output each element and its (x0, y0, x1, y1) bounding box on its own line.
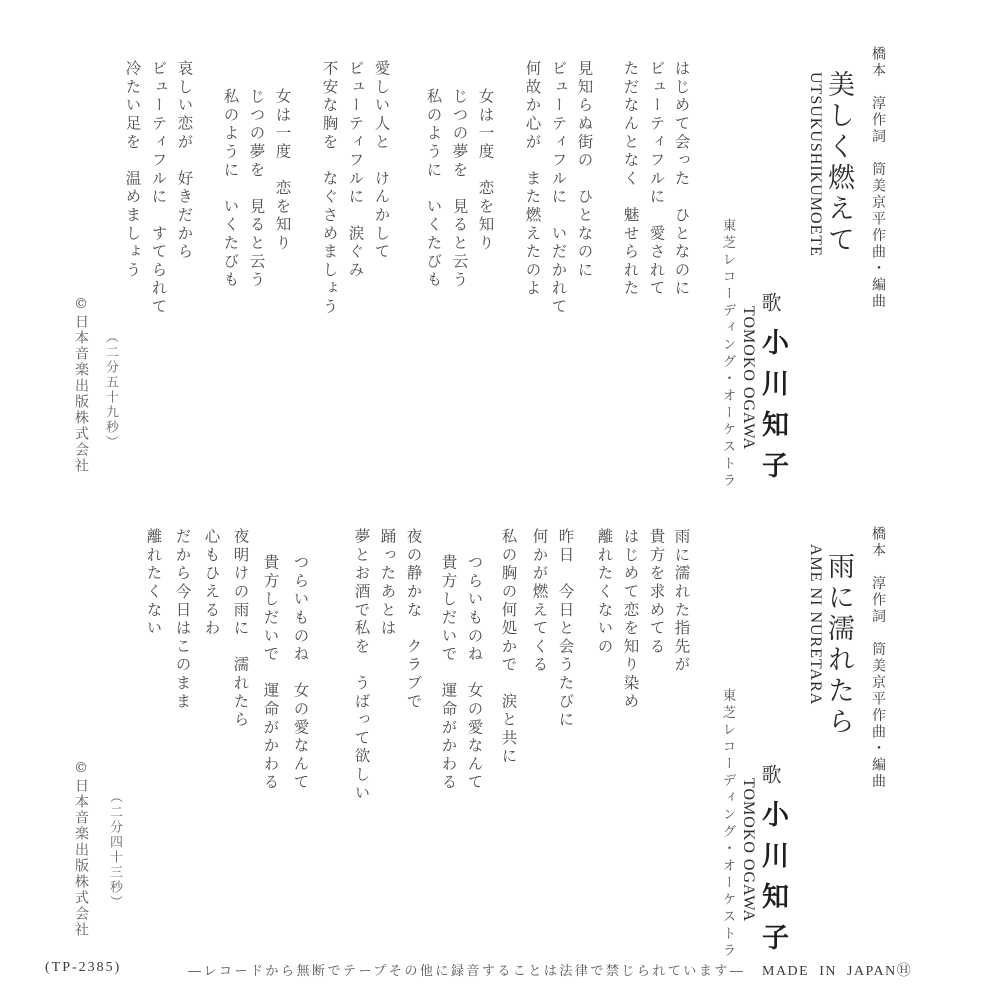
lyric-line: 女は一度 恋を知り (274, 88, 290, 253)
song-2-duration: （二分四十三秒） (108, 790, 121, 910)
song-2-singer-label: 歌 (760, 764, 780, 784)
song-2-credits: 橋本 淳作詞 筒美京平作曲・編曲 (871, 526, 885, 790)
lyric-line: 夢とお酒で私を うばって欲しい (353, 528, 369, 803)
lyric-line: 私のように いくたびも (425, 88, 441, 289)
lyric-line: 愛しい人と けんかして (373, 60, 389, 261)
lyric-line: 昨日 今日と会うたびに (557, 528, 573, 729)
lyric-line: 見知らぬ街の ひとなのに (576, 60, 592, 280)
song-1-singer: 小川知子 (759, 328, 786, 492)
lyric-line: 女は一度 恋を知り (477, 88, 493, 253)
lyric-line: じつの夢を 見ると云う (451, 88, 467, 289)
song-1-singer-label: 歌 (760, 292, 780, 312)
lyric-line: 何故か心が また燃えたのよ (524, 60, 540, 298)
lyric-line: ビューティフルに 愛されて (648, 60, 664, 298)
lyric-line: 夜明けの雨に 濡れたら (232, 528, 248, 729)
song-2-title: 雨に濡れたら (825, 552, 852, 738)
lyric-line: 貴方しだいで 運命がかわる (440, 554, 456, 792)
song-2-singer: 小川知子 (759, 800, 786, 964)
made-in-japan: MADE IN JAPANⒽ (762, 960, 912, 980)
song-2-copyright: ©日本音楽出版株式会社 (74, 760, 88, 938)
lyric-line: ビューティフルに 涙ぐみ (347, 60, 363, 280)
lyric-line: 冷たい足を 温めましょう (124, 60, 140, 280)
lyric-line: 哀しい恋が 好きだから (176, 60, 192, 261)
lyric-line: はじめて恋を知り染め (622, 528, 638, 711)
lyric-line: つらいものね 女の愛なんて (466, 554, 482, 792)
lyric-line: つらいものね 女の愛なんて (292, 554, 308, 792)
lyric-line: 踊ったあとは (379, 528, 395, 638)
lyric-line: 貴方しだいで 運命がかわる (262, 554, 278, 792)
lyric-line: 貴方を求めてる (648, 528, 664, 656)
lyric-line: ビューティフルに すてられて (150, 60, 166, 316)
lyric-line: 何かが燃えてくる (531, 528, 547, 674)
lyric-line: 不安な胸を なぐさめましょう (321, 60, 337, 316)
copyright-notice: ―レコードから無断でテープその他に録音することは法律で禁じられています― (188, 960, 745, 979)
song-1-romaji: UTSUKUSHIKUMOETE (806, 72, 824, 257)
lyric-line: 夜の静かな クラブで (405, 528, 421, 711)
song-1-title: 美しく燃えて (825, 70, 852, 256)
song-2-romaji: AME NI NURETARA (806, 544, 824, 705)
lyric-line: ただなんとなく 魅せられた (622, 60, 638, 298)
song-1-singer-romaji: TOMOKO OGAWA (739, 306, 757, 450)
song-2-singer-romaji: TOMOKO OGAWA (739, 778, 757, 922)
lyric-line: ビューティフルに いだかれて (550, 60, 566, 316)
lyric-line: 離れたくないの (596, 528, 612, 656)
lyric-line: 雨に濡れた指先が (673, 528, 689, 674)
lyric-line: だから今日はこのまま (174, 528, 190, 711)
song-1-duration: （二分五十九秒） (104, 330, 117, 450)
lyric-line: 私のように いくたびも (222, 88, 238, 289)
song-2-orchestra: 東芝レコーディング・オーケストラ (720, 688, 734, 960)
lyric-line: じつの夢を 見ると云う (248, 88, 264, 289)
song-1-credits: 橋本 淳作詞 筒美京平作曲・編曲 (871, 46, 885, 310)
lyric-line: はじめて会った ひとなのに (673, 60, 689, 298)
catalog-number: (TP-2385) (45, 960, 121, 976)
song-1-copyright: ©日本音楽出版株式会社 (74, 296, 88, 474)
lyric-line: 離れたくない (145, 528, 161, 638)
song-1-orchestra: 東芝レコーディング・オーケストラ (720, 218, 734, 490)
lyric-line: 私の胸の何処かで 涙と共に (500, 528, 516, 766)
lyric-line: 心もひえるわ (203, 528, 219, 638)
